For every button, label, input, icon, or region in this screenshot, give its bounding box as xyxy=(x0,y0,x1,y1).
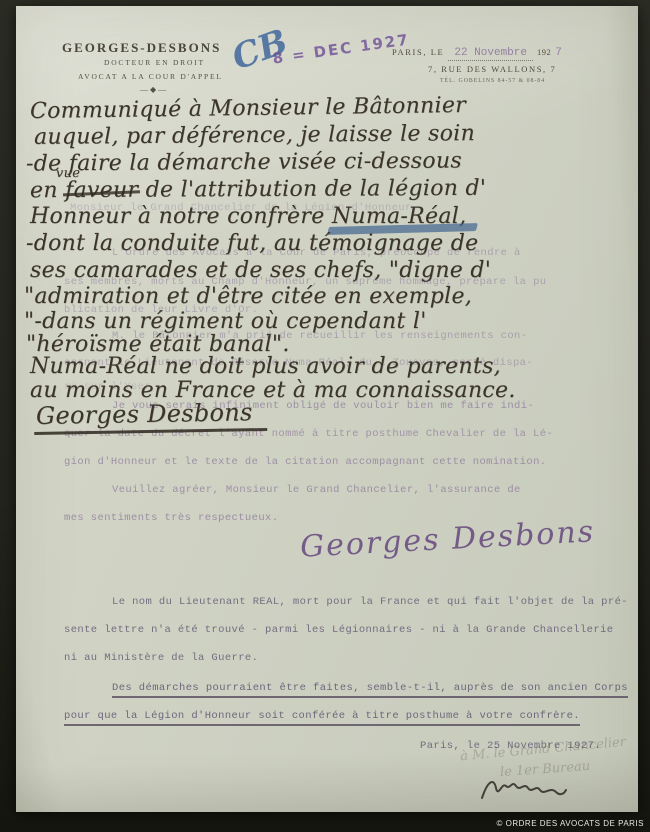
closing-line: sente lettre n'a été trouvé - parmi les … xyxy=(64,624,613,636)
letterhead-name: GEORGES-DESBONS xyxy=(62,40,221,56)
margin-signature: Georges Desbons xyxy=(34,398,267,435)
scan-backdrop: GEORGES-DESBONS DOCTEUR EN DROIT AVOCAT … xyxy=(0,0,650,832)
letterhead-ornament: —◆— xyxy=(140,85,168,94)
handwritten-line: -de faire la démarche visée ci-dessous xyxy=(26,148,462,176)
letterhead-phone: TÉL. GOBELINS 84-57 & 08-84 xyxy=(440,78,545,84)
typed-year-digit: 7 xyxy=(555,47,562,59)
handwritten-line: Numa-Réal ne doit plus avoir de parents, xyxy=(30,354,501,379)
typed-line: Veuillez agréer, Monsieur le Grand Chanc… xyxy=(112,484,521,496)
highlighted-name: Numa-Réal, xyxy=(332,204,467,229)
handwritten-line: -dont la conduite fut, au témoignage de xyxy=(26,231,478,256)
letterhead-title-1: DOCTEUR EN DROIT xyxy=(104,58,205,67)
handwritten-line-with-highlight: Honneur à notre confrère Numa-Réal, xyxy=(30,204,466,229)
struck-word: faveur xyxy=(65,178,138,203)
closing-line: ni au Ministère de la Guerre. xyxy=(64,652,258,664)
closing-line-underlined: pour que la Légion d'Honneur soit confér… xyxy=(64,710,580,726)
handwritten-line: ses camarades et de ses chefs, "digne d' xyxy=(30,258,491,283)
typed-line: mes sentiments très respectueux. xyxy=(64,512,278,524)
handwritten-line-with-correction: en faveurvue de l'attribution de la légi… xyxy=(30,176,486,203)
printed-year: 192 xyxy=(537,47,551,57)
typed-line: gion d'Honneur et le texte de la citatio… xyxy=(64,456,546,468)
inserted-word: vue xyxy=(56,166,80,181)
handwritten-line: au moins en France et à ma connaissance. xyxy=(30,378,516,403)
typed-date: 22 Novembre xyxy=(448,47,533,61)
handwritten-line: "-dans un régiment où cependant l' xyxy=(24,309,427,334)
letterhead-address: 7, RUE DES WALLONS, 7 xyxy=(428,64,556,74)
handwritten-line: auquel, par déférence, je laisse le soin xyxy=(34,121,475,150)
closing-line-underlined: Des démarches pourraient être faites, se… xyxy=(112,682,628,698)
city-date-label: PARIS, LE xyxy=(392,47,444,57)
copyright-notice: © ORDRE DES AVOCATS DE PARIS xyxy=(497,819,644,828)
handwritten-text: de l'attribution de la légion d' xyxy=(146,176,487,203)
handwritten-text: Honneur à notre confrère xyxy=(30,204,325,229)
handwritten-text: en xyxy=(30,178,58,203)
closing-line: Le nom du Lieutenant REAL, mort pour la … xyxy=(112,596,628,608)
handwritten-line: "admiration et d'être citée en exemple, xyxy=(24,284,472,309)
letterhead-title-2: AVOCAT A LA COUR D'APPEL xyxy=(78,72,223,81)
paraph-signature xyxy=(478,772,568,806)
